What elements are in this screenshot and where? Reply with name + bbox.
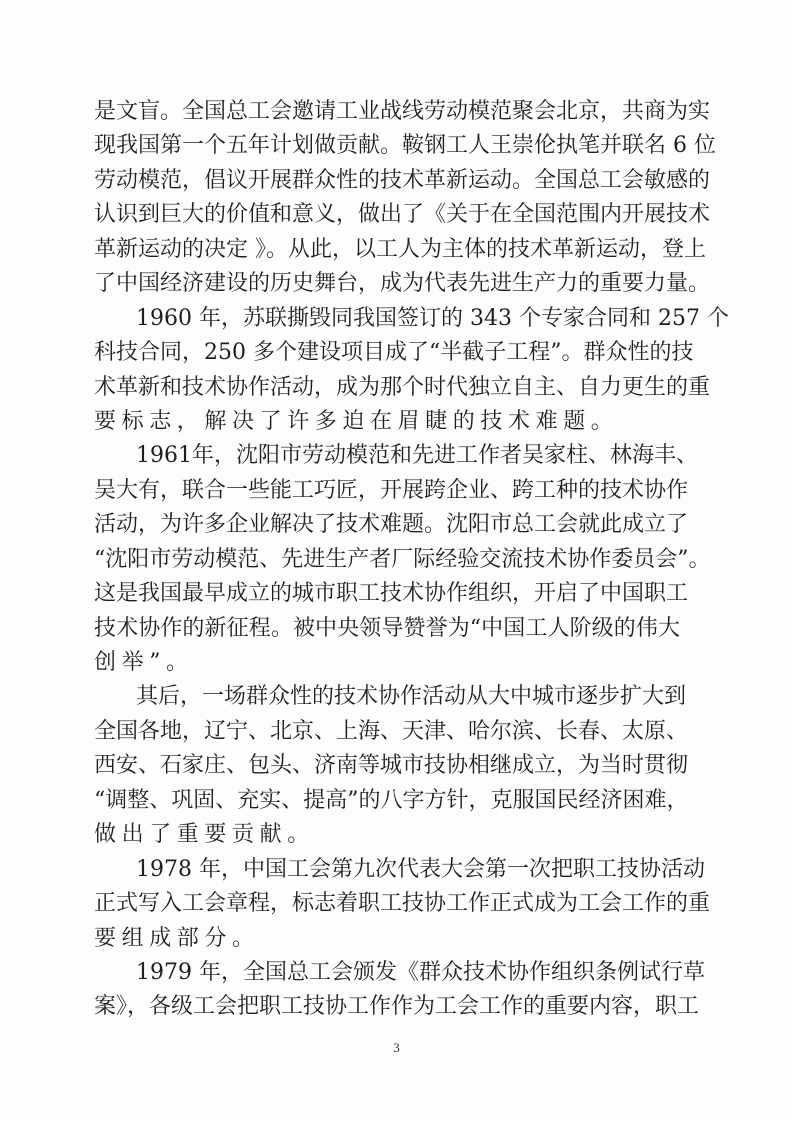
- text-line: 活动，为许多企业解决了技术难题。沈阳市总工会就此成立了: [94, 508, 680, 542]
- text-line: 全国各地，辽宁、北京、上海、天津、哈尔滨、长春、太原、: [94, 715, 680, 749]
- text-line: 革新运动的决定 》。从此，以工人为主体的技术革新运动，登上: [94, 233, 680, 267]
- text-line: 1960 年，苏联撕毁同我国签订的 343 个专家合同和 257 个: [94, 302, 680, 336]
- text-line: 现我国第一个五年计划做贡献。鞍钢工人王崇伦执笔并联名 6 位: [94, 129, 680, 163]
- text-line: 要组成部分。: [94, 922, 680, 956]
- text-line: 技术协作的新征程。被中央领导赞誉为“中国工人阶级的伟大: [94, 612, 680, 646]
- text-line: 是文盲。全国总工会邀请工业战线劳动模范聚会北京，共商为实: [94, 95, 680, 129]
- text-line: 正式写入工会章程，标志着职工技协工作正式成为工会工作的重: [94, 887, 680, 921]
- text-line: 1961年，沈阳市劳动模范和先进工作者吴家柱、林海丰、: [94, 439, 680, 473]
- text-line: 劳动模范，倡议开展群众性的技术革新运动。全国总工会敏感的: [94, 164, 680, 198]
- text-line: 认识到巨大的价值和意义，做出了《关于在全国范围内开展技术: [94, 198, 680, 232]
- text-line: 做出了重要贡献。: [94, 818, 680, 852]
- text-line: “调整、巩固、充实、提高”的八字方针，克服国民经济困难，: [94, 784, 680, 818]
- page-number: 3: [0, 1040, 793, 1056]
- text-line: 创举”。: [94, 646, 680, 680]
- text-line: 这是我国最早成立的城市职工技术协作组织，开启了中国职工: [94, 577, 680, 611]
- text-line: 术革新和技术协作活动，成为那个时代独立自主、自力更生的重: [94, 371, 680, 405]
- document-page: 是文盲。全国总工会邀请工业战线劳动模范聚会北京，共商为实现我国第一个五年计划做贡…: [0, 0, 793, 1121]
- text-line: 1978 年，中国工会第九次代表大会第一次把职工技协活动: [94, 853, 680, 887]
- text-line: 科技合同，250 多个建设项目成了“半截子工程”。群众性的技: [94, 336, 680, 370]
- text-line: 其后，一场群众性的技术协作活动从大中城市逐步扩大到: [94, 680, 680, 714]
- text-line: “沈阳市劳动模范、先进生产者厂际经验交流技术协作委员会”。: [94, 543, 680, 577]
- text-line: 案》，各级工会把职工技协工作作为工会工作的重要内容，职工: [94, 990, 680, 1024]
- text-line: 吴大有，联合一些能工巧匠，开展跨企业、跨工种的技术协作: [94, 474, 680, 508]
- text-line: 要标志，解决了许多迫在眉睫的技术难题。: [94, 405, 680, 439]
- text-line: 西安、石家庄、包头、济南等城市技协相继成立，为当时贯彻: [94, 749, 680, 783]
- text-line: 1979 年，全国总工会颁发《群众技术协作组织条例试行草: [94, 956, 680, 990]
- text-line: 了中国经济建设的历史舞台，成为代表先进生产力的重要力量。: [94, 267, 680, 301]
- body-text: 是文盲。全国总工会邀请工业战线劳动模范聚会北京，共商为实现我国第一个五年计划做贡…: [94, 95, 680, 1025]
